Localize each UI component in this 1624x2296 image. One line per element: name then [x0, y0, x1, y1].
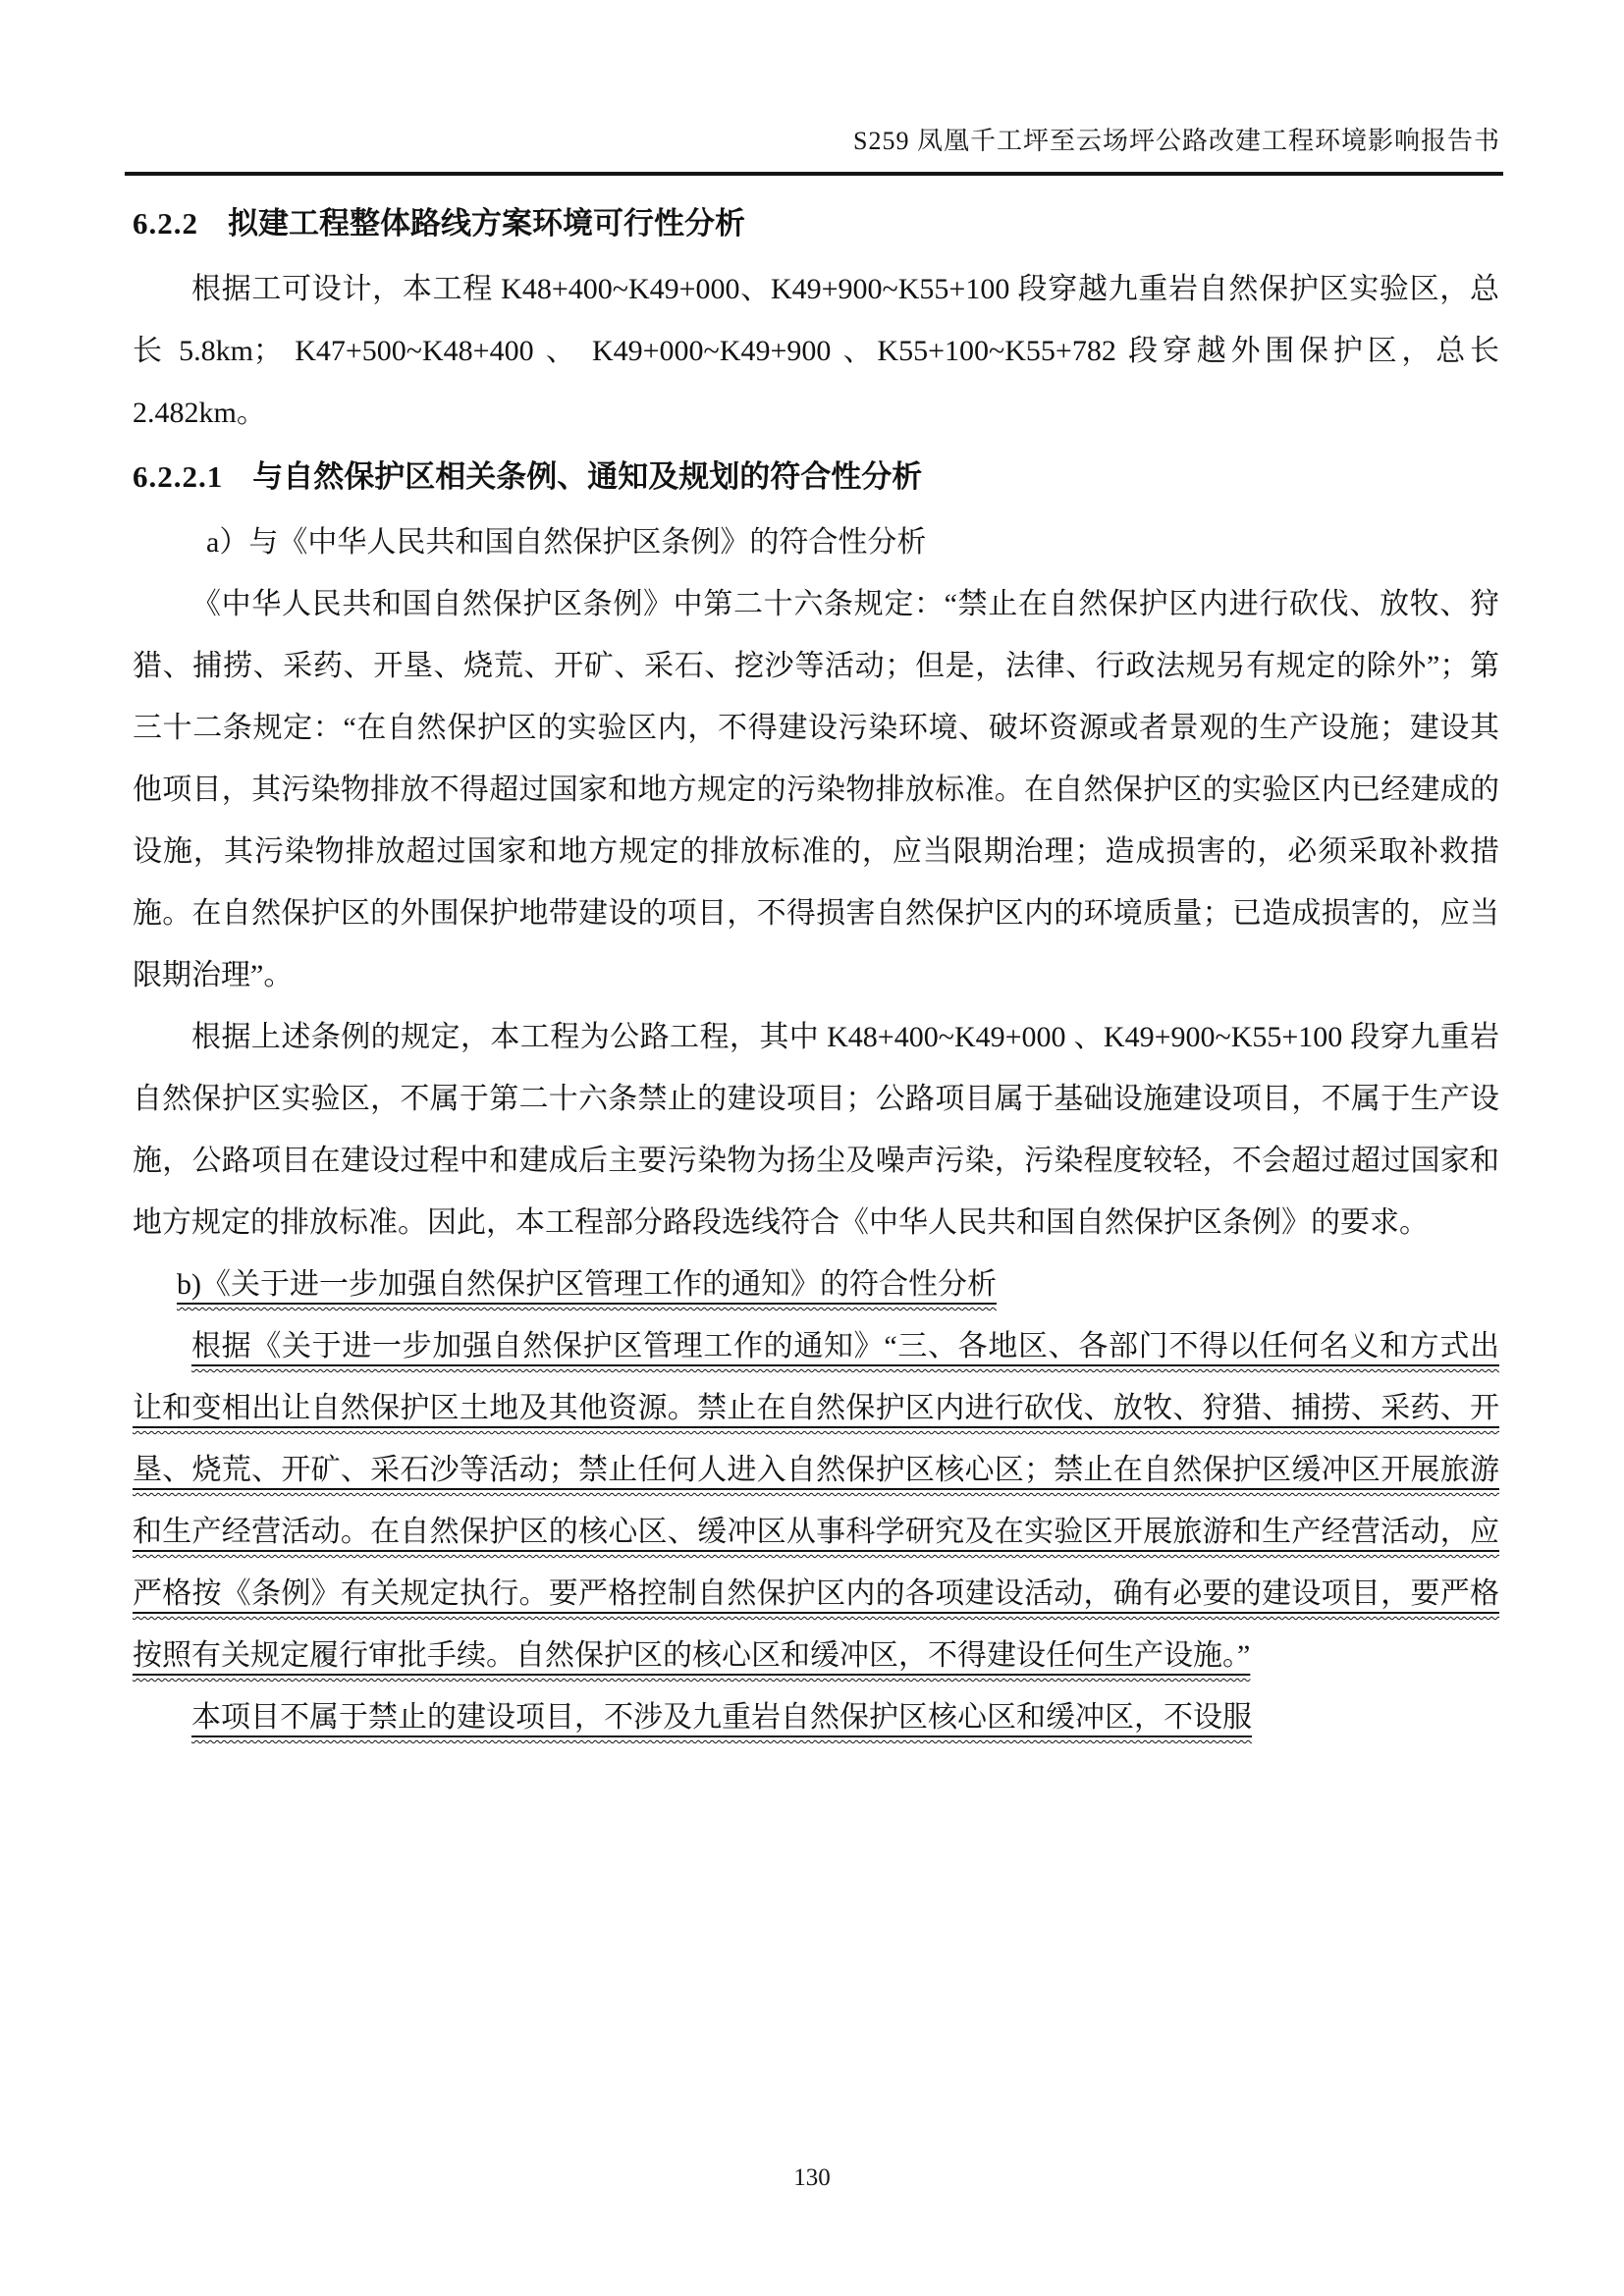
paragraph-regulation-text: 《中华人民共和国自然保护区条例》中第二十六条规定：“禁止在自然保护区内进行砍伐、…: [133, 573, 1499, 1006]
page-number: 130: [0, 2164, 1624, 2192]
document-body: 6.2.2拟建工程整体路线方案环境可行性分析 根据工可设计，本工程 K48+40…: [133, 190, 1499, 1748]
page-header-title: S259 凤凰千工坪至云场坪公路改建工程环境影响报告书: [126, 124, 1500, 159]
document-page: S259 凤凰千工坪至云场坪公路改建工程环境影响报告书 6.2.2拟建工程整体路…: [0, 0, 1624, 2296]
header-rule: [125, 172, 1503, 176]
paragraph-item-b: b)《关于进一步加强自然保护区管理工作的通知》的符合性分析: [133, 1254, 1499, 1315]
section-heading-622: 6.2.2拟建工程整体路线方案环境可行性分析: [133, 192, 1499, 254]
section-number: 6.2.2: [133, 192, 198, 254]
paragraph-item-a: a）与《中华人民共和国自然保护区条例》的符合性分析: [133, 511, 1499, 573]
section-title: 与自然保护区相关条例、通知及规划的符合性分析: [252, 459, 922, 494]
paragraph-notice-text-inner: 根据《关于进一步加强自然保护区管理工作的通知》“三、各地区、各部门不得以任何名义…: [133, 1330, 1499, 1672]
paragraph-conclusion-a: 根据上述条例的规定，本工程为公路工程，其中 K48+400~K49+000 、K…: [133, 1006, 1499, 1254]
paragraph-conclusion-b-text: 本项目不属于禁止的建设项目，不涉及九重岩自然保护区核心区和缓冲区，不设服: [191, 1701, 1252, 1734]
section-title: 拟建工程整体路线方案环境可行性分析: [228, 206, 745, 240]
paragraph-overview: 根据工可设计，本工程 K48+400~K49+000、K49+900~K55+1…: [133, 258, 1499, 444]
section-number: 6.2.2.1: [133, 446, 223, 507]
section-heading-6221: 6.2.2.1与自然保护区相关条例、通知及规划的符合性分析: [133, 446, 1499, 507]
paragraph-conclusion-b: 本项目不属于禁止的建设项目，不涉及九重岩自然保护区核心区和缓冲区，不设服: [133, 1686, 1499, 1748]
paragraph-notice-text: 根据《关于进一步加强自然保护区管理工作的通知》“三、各地区、各部门不得以任何名义…: [133, 1315, 1499, 1686]
paragraph-item-b-text: b)《关于进一步加强自然保护区管理工作的通知》的符合性分析: [177, 1268, 997, 1301]
